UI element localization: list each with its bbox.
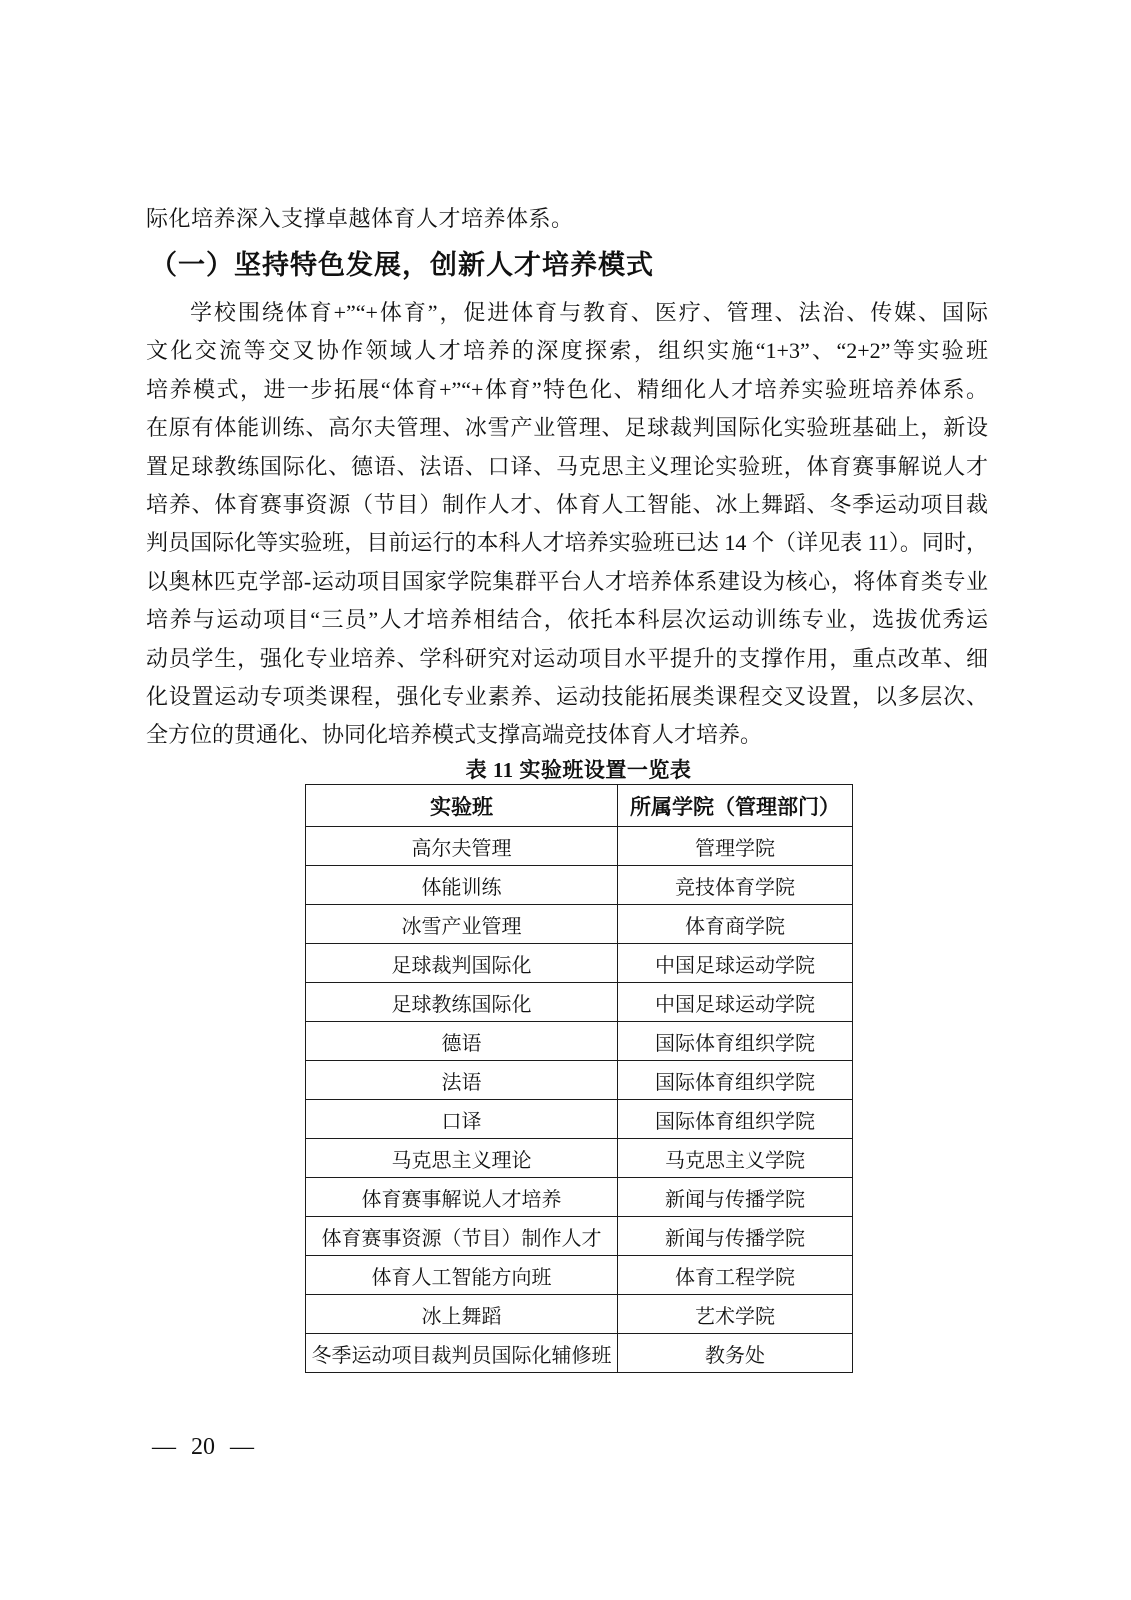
class-name-cell: 马克思主义理论 [306,1139,618,1178]
class-name-cell: 体能训练 [306,866,618,905]
paragraph-line: 学校围绕体育+”“+体育”，促进体育与教育、医疗、管理、法治、传媒、国际 [146,294,988,332]
school-cell: 国际体育组织学院 [618,1100,853,1139]
table-row: 法语国际体育组织学院 [306,1061,853,1100]
school-cell: 体育工程学院 [618,1256,853,1295]
class-name-cell: 德语 [306,1022,618,1061]
paragraph-line: 以奥林匹克学部-运动项目国家学院集群平台人才培养体系建设为核心，将体育类专业 [146,563,988,601]
table-row: 马克思主义理论马克思主义学院 [306,1139,853,1178]
school-cell: 竞技体育学院 [618,866,853,905]
table-row: 体育赛事解说人才培养新闻与传播学院 [306,1178,853,1217]
table-row: 冰雪产业管理体育商学院 [306,905,853,944]
school-cell: 中国足球运动学院 [618,983,853,1022]
class-name-cell: 口译 [306,1100,618,1139]
class-name-cell: 体育赛事资源（节目）制作人才 [306,1217,618,1256]
table-row: 口译国际体育组织学院 [306,1100,853,1139]
table-row: 高尔夫管理管理学院 [306,827,853,866]
school-cell: 新闻与传播学院 [618,1217,853,1256]
page-number: — 20 — [152,1434,254,1461]
school-cell: 新闻与传播学院 [618,1178,853,1217]
school-cell: 体育商学院 [618,905,853,944]
school-cell: 马克思主义学院 [618,1139,853,1178]
experimental-classes-table: 实验班 所属学院（管理部门） 高尔夫管理管理学院 体能训练竞技体育学院 冰雪产业… [305,784,853,1373]
table-row: 冰上舞蹈艺术学院 [306,1295,853,1334]
table-row: 冬季运动项目裁判员国际化辅修班教务处 [306,1334,853,1373]
class-name-cell: 冰雪产业管理 [306,905,618,944]
document-page: 际化培养深入支撑卓越体育人才培养体系。 （一）坚持特色发展，创新人才培养模式 学… [0,0,1131,1600]
table-row: 足球教练国际化中国足球运动学院 [306,983,853,1022]
table-header-row: 实验班 所属学院（管理部门） [306,785,853,827]
school-cell: 国际体育组织学院 [618,1061,853,1100]
school-cell: 国际体育组织学院 [618,1022,853,1061]
table-title: 表 11 实验班设置一览表 [305,754,852,784]
col-header-class: 实验班 [306,785,618,827]
table-row: 足球裁判国际化中国足球运动学院 [306,944,853,983]
body-paragraph: 学校围绕体育+”“+体育”，促进体育与教育、医疗、管理、法治、传媒、国际 文化交… [146,294,988,755]
school-cell: 管理学院 [618,827,853,866]
table-row: 体能训练竞技体育学院 [306,866,853,905]
class-name-cell: 体育人工智能方向班 [306,1256,618,1295]
class-name-cell: 冰上舞蹈 [306,1295,618,1334]
paragraph-line: 全方位的贯通化、协同化培养模式支撑高端竞技体育人才培养。 [146,716,988,754]
table-row: 体育人工智能方向班体育工程学院 [306,1256,853,1295]
paragraph-line: 培养模式，进一步拓展“体育+”“+体育”特色化、精细化人才培养实验班培养体系。 [146,371,988,409]
school-cell: 教务处 [618,1334,853,1373]
paragraph-line: 培养、体育赛事资源（节目）制作人才、体育人工智能、冰上舞蹈、冬季运动项目裁 [146,486,988,524]
table-row: 德语国际体育组织学院 [306,1022,853,1061]
class-name-cell: 高尔夫管理 [306,827,618,866]
table-row: 体育赛事资源（节目）制作人才新闻与传播学院 [306,1217,853,1256]
paragraph-line: 文化交流等交叉协作领域人才培养的深度探索，组织实施“1+3”、“2+2”等实验班 [146,332,988,370]
continuation-text: 际化培养深入支撑卓越体育人才培养体系。 [146,202,574,233]
paragraph-line: 在原有体能训练、高尔夫管理、冰雪产业管理、足球裁判国际化实验班基础上，新设 [146,409,988,447]
class-name-cell: 体育赛事解说人才培养 [306,1178,618,1217]
class-name-cell: 法语 [306,1061,618,1100]
class-name-cell: 冬季运动项目裁判员国际化辅修班 [306,1334,618,1373]
paragraph-line: 培养与运动项目“三员”人才培养相结合，依托本科层次运动训练专业，选拔优秀运 [146,601,988,639]
school-cell: 中国足球运动学院 [618,944,853,983]
class-name-cell: 足球裁判国际化 [306,944,618,983]
paragraph-line: 化设置运动专项类课程，强化专业素养、运动技能拓展类课程交叉设置，以多层次、 [146,678,988,716]
paragraph-line: 动员学生，强化专业培养、学科研究对运动项目水平提升的支撑作用，重点改革、细 [146,640,988,678]
section-heading: （一）坚持特色发展，创新人才培养模式 [150,243,654,282]
class-name-cell: 足球教练国际化 [306,983,618,1022]
col-header-school: 所属学院（管理部门） [618,785,853,827]
school-cell: 艺术学院 [618,1295,853,1334]
paragraph-line: 判员国际化等实验班，目前运行的本科人才培养实验班已达 14 个（详见表 11）。… [146,524,988,562]
paragraph-line: 置足球教练国际化、德语、法语、口译、马克思主义理论实验班，体育赛事解说人才 [146,448,988,486]
